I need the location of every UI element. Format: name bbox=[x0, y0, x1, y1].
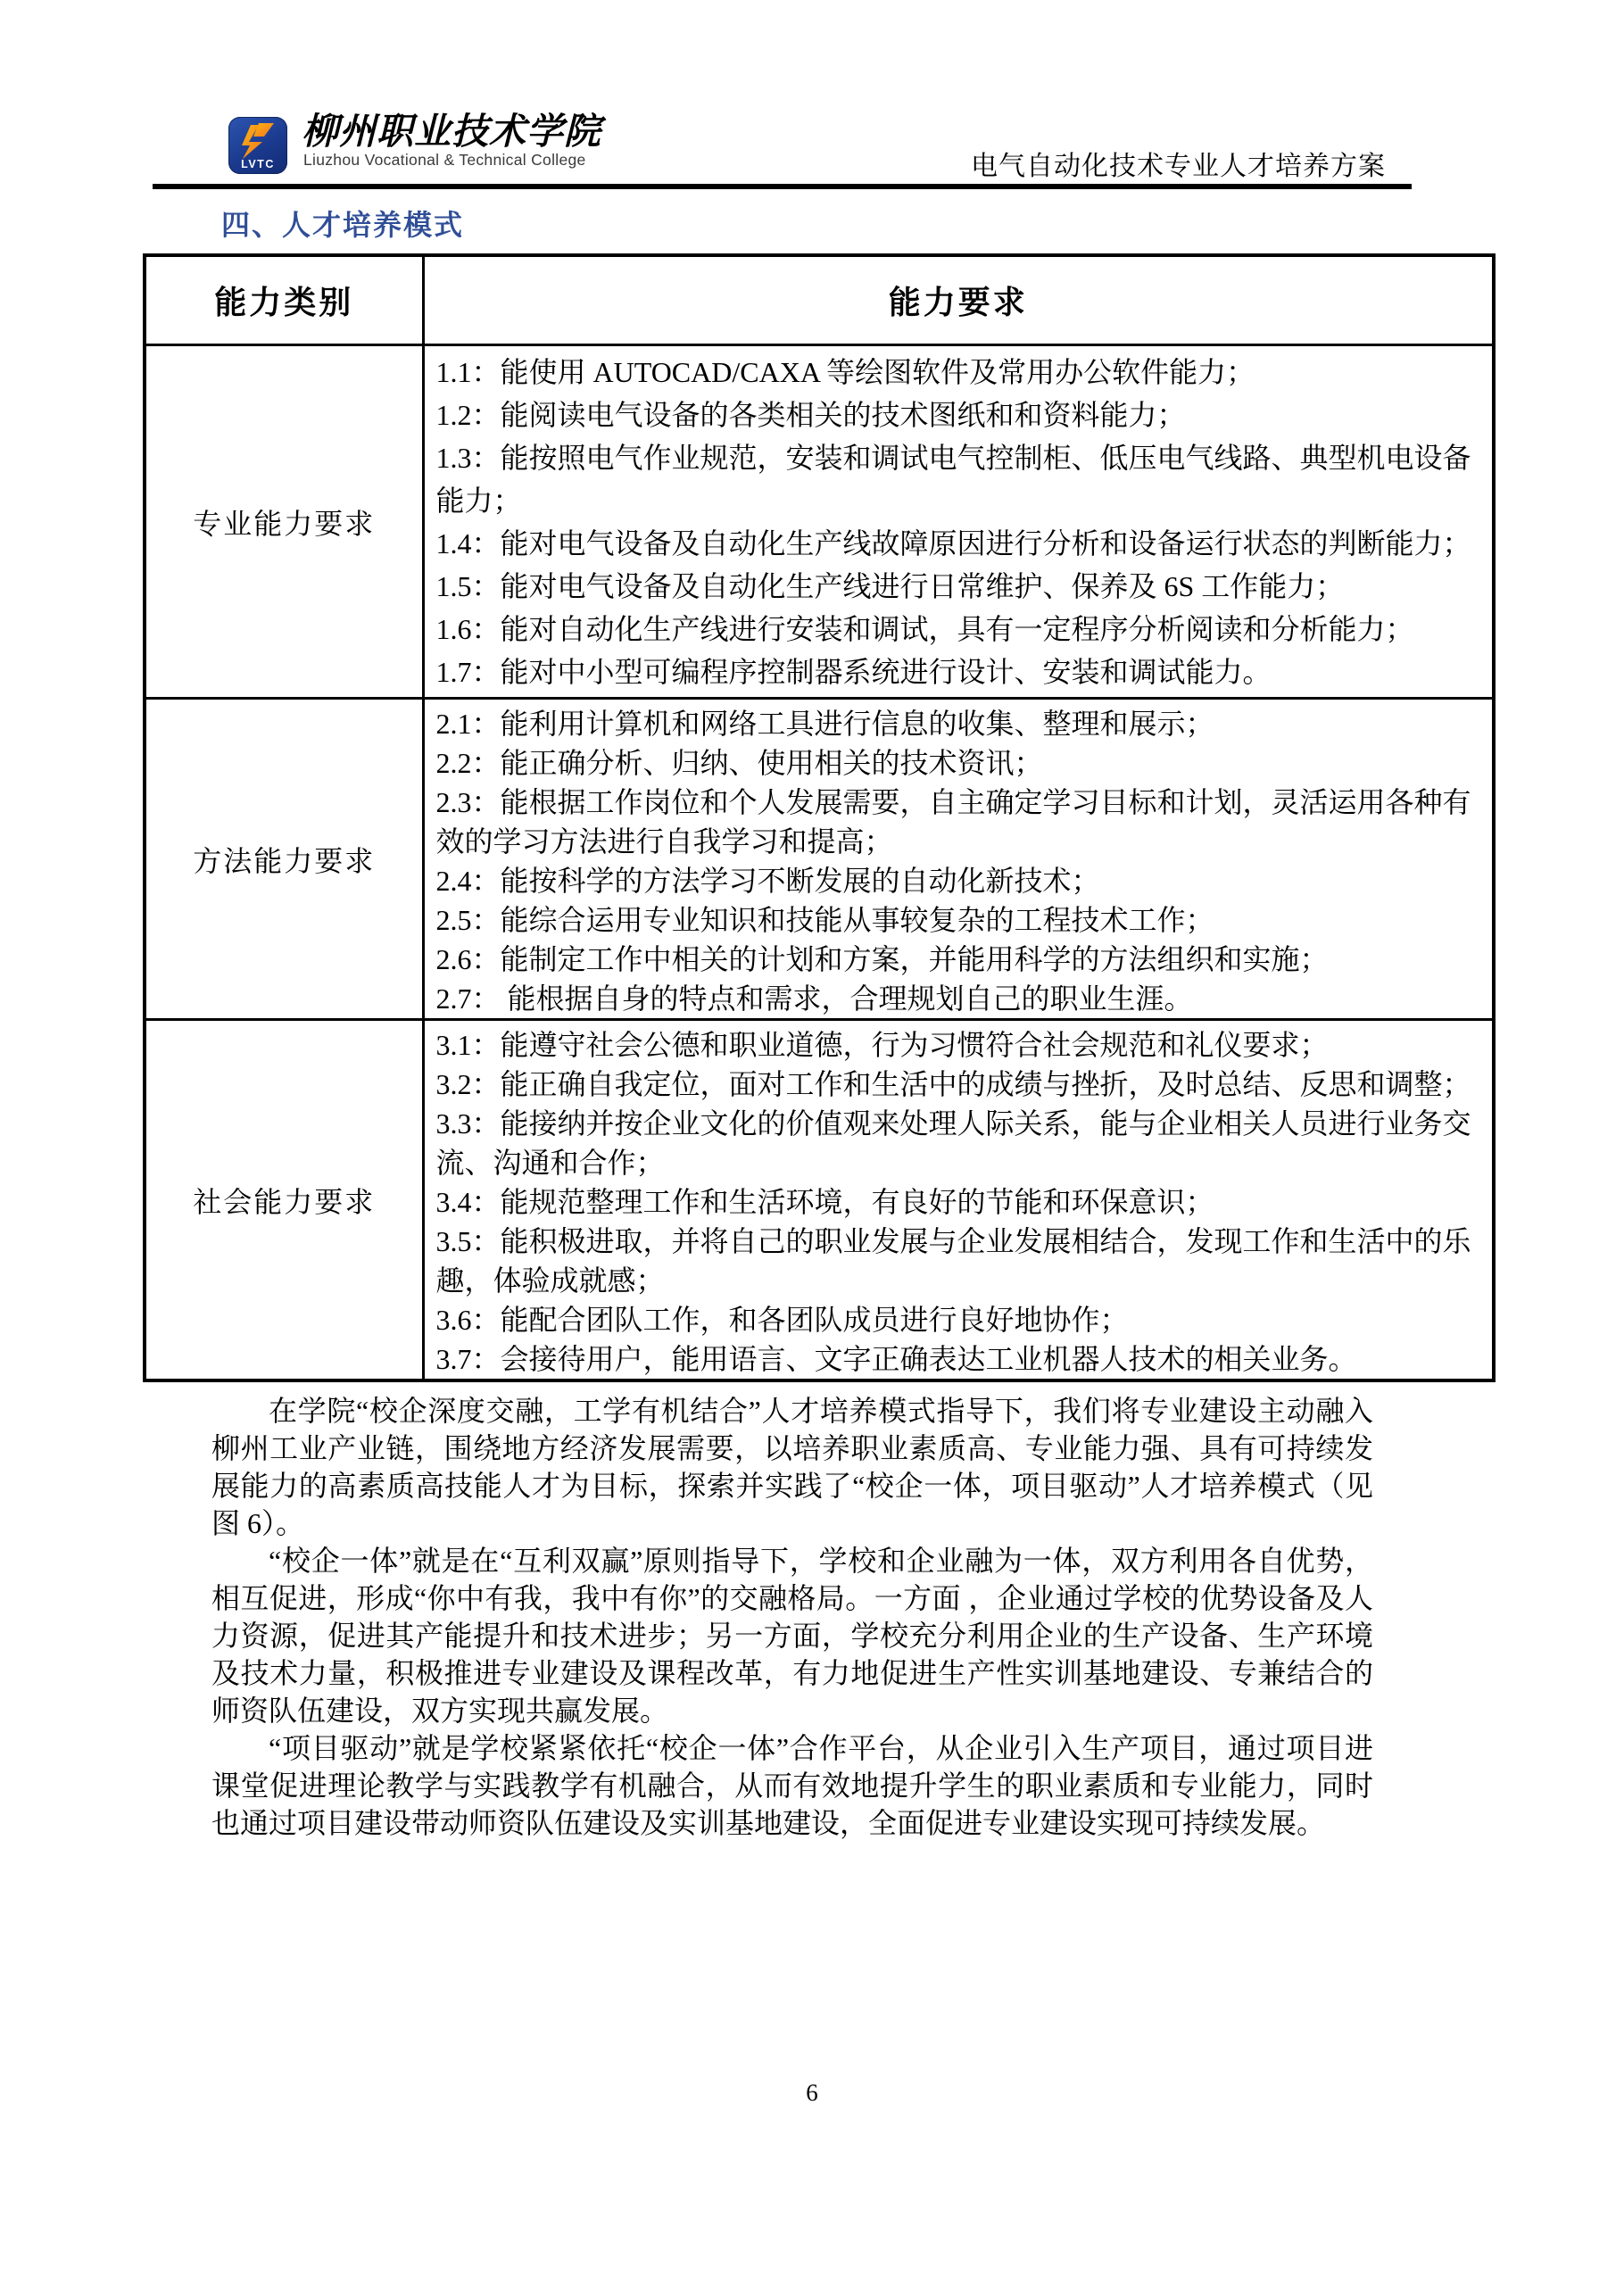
section-heading: 四、人才培养模式 bbox=[221, 203, 464, 244]
ability-item: 3.7：会接待用户，能用语言、文字正确表达工业机器人技术的相关业务。 bbox=[436, 1339, 1486, 1379]
college-name-english: Liuzhou Vocational & Technical College bbox=[303, 151, 586, 170]
ability-item: 1.4：能对电气设备及自动化生产线故障原因进行分析和设备运行状态的判断能力； bbox=[436, 522, 1486, 565]
body-paragraph: 在学院“校企深度交融，工学有机结合”人才培养模式指导下，我们将专业建设主动融入柳… bbox=[211, 1392, 1373, 1542]
ability-item: 3.4：能规范整理工作和生活环境，有良好的节能和环保意识； bbox=[436, 1182, 1486, 1222]
table-row: 方法能力要求 2.1：能利用计算机和网络工具进行信息的收集、整理和展示；2.2：… bbox=[145, 699, 1494, 1020]
college-name-chinese: 柳州职业技术学院 bbox=[302, 102, 601, 154]
ability-item: 1.2：能阅读电气设备的各类相关的技术图纸和和资料能力； bbox=[436, 394, 1486, 436]
ability-item: 3.3：能接纳并按企业文化的价值观来处理人际关系，能与企业相关人员进行业务交流、… bbox=[436, 1104, 1486, 1182]
ability-item: 1.3：能按照电气作业规范，安装和调试电气控制柜、低压电气线路、典型机电设备能力… bbox=[436, 436, 1486, 522]
ability-item: 1.5：能对电气设备及自动化生产线进行日常维护、保养及 6S 工作能力； bbox=[436, 565, 1486, 608]
column-header-requirements: 能力要求 bbox=[423, 255, 1494, 345]
header-divider-line bbox=[153, 184, 1412, 189]
ability-item: 2.5：能综合运用专业知识和技能从事较复杂的工程技术工作； bbox=[436, 900, 1486, 940]
ability-category-label: 方法能力要求 bbox=[145, 699, 423, 1020]
ability-item: 2.7： 能根据自身的特点和需求，合理规划自己的职业生涯。 bbox=[436, 979, 1486, 1018]
ability-items-cell: 1.1：能使用 AUTOCAD/CAXA 等绘图软件及常用办公软件能力；1.2：… bbox=[423, 345, 1494, 699]
column-header-category: 能力类别 bbox=[145, 255, 423, 345]
ability-item: 2.1：能利用计算机和网络工具进行信息的收集、整理和展示； bbox=[436, 704, 1486, 743]
ability-item: 2.3：能根据工作岗位和个人发展需要，自主确定学习目标和计划，灵活运用各种有效的… bbox=[436, 783, 1486, 861]
ability-item: 3.5：能积极进取，并将自己的职业发展与企业发展相结合，发现工作和生活中的乐趣，… bbox=[436, 1222, 1486, 1300]
body-paragraph: “校企一体”就是在“互利双赢”原则指导下，学校和企业融为一体，双方利用各自优势，… bbox=[211, 1542, 1373, 1729]
ability-category-label: 专业能力要求 bbox=[145, 345, 423, 699]
document-page: { "header": { "logo_abbr": "LVTC", "coll… bbox=[0, 0, 1624, 2296]
ability-table-head: 能力类别 能力要求 bbox=[145, 255, 1494, 345]
table-row: 社会能力要求 3.1：能遵守社会公德和职业道德，行为习惯符合社会规范和礼仪要求；… bbox=[145, 1020, 1494, 1381]
ability-item: 1.7：能对中小型可编程序控制器系统进行设计、安装和调试能力。 bbox=[436, 651, 1486, 693]
ability-items-cell: 2.1：能利用计算机和网络工具进行信息的收集、整理和展示；2.2：能正确分析、归… bbox=[423, 699, 1494, 1020]
document-title: 电气自动化技术专业人才培养方案 bbox=[971, 144, 1386, 183]
logo-abbr-text: LVTC bbox=[241, 158, 275, 170]
body-text-block: 在学院“校企深度交融，工学有机结合”人才培养模式指导下，我们将专业建设主动融入柳… bbox=[211, 1392, 1373, 1842]
ability-table: 能力类别 能力要求 专业能力要求 1.1：能使用 AUTOCAD/CAXA 等绘… bbox=[143, 253, 1496, 1382]
ability-items-cell: 3.1：能遵守社会公德和职业道德，行为习惯符合社会规范和礼仪要求；3.2：能正确… bbox=[423, 1020, 1494, 1381]
ability-item: 2.6：能制定工作中相关的计划和方案，并能用科学的方法组织和实施； bbox=[436, 940, 1486, 979]
ability-item: 1.1：能使用 AUTOCAD/CAXA 等绘图软件及常用办公软件能力； bbox=[436, 351, 1486, 394]
ability-item: 3.1：能遵守社会公德和职业道德，行为习惯符合社会规范和礼仪要求； bbox=[436, 1025, 1486, 1065]
table-row: 专业能力要求 1.1：能使用 AUTOCAD/CAXA 等绘图软件及常用办公软件… bbox=[145, 345, 1494, 699]
page-number: 6 bbox=[0, 2079, 1624, 2107]
ability-table-header-row: 能力类别 能力要求 bbox=[145, 255, 1494, 345]
body-paragraph: “项目驱动”就是学校紧紧依托“校企一体”合作平台，从企业引入生产项目，通过项目进… bbox=[211, 1729, 1373, 1842]
ability-item: 3.2：能正确自我定位，面对工作和生活中的成绩与挫折，及时总结、反思和调整； bbox=[436, 1065, 1486, 1104]
ability-item: 2.4：能按科学的方法学习不断发展的自动化新技术； bbox=[436, 861, 1486, 900]
ability-item: 2.2：能正确分析、归纳、使用相关的技术资讯； bbox=[436, 743, 1486, 783]
college-logo: LVTC bbox=[228, 117, 287, 174]
ability-item: 3.6：能配合团队工作，和各团队成员进行良好地协作； bbox=[436, 1300, 1486, 1339]
ability-table-body: 专业能力要求 1.1：能使用 AUTOCAD/CAXA 等绘图软件及常用办公软件… bbox=[145, 345, 1494, 1381]
ability-item: 1.6：能对自动化生产线进行安装和调试，具有一定程序分析阅读和分析能力； bbox=[436, 608, 1486, 651]
ability-category-label: 社会能力要求 bbox=[145, 1020, 423, 1381]
